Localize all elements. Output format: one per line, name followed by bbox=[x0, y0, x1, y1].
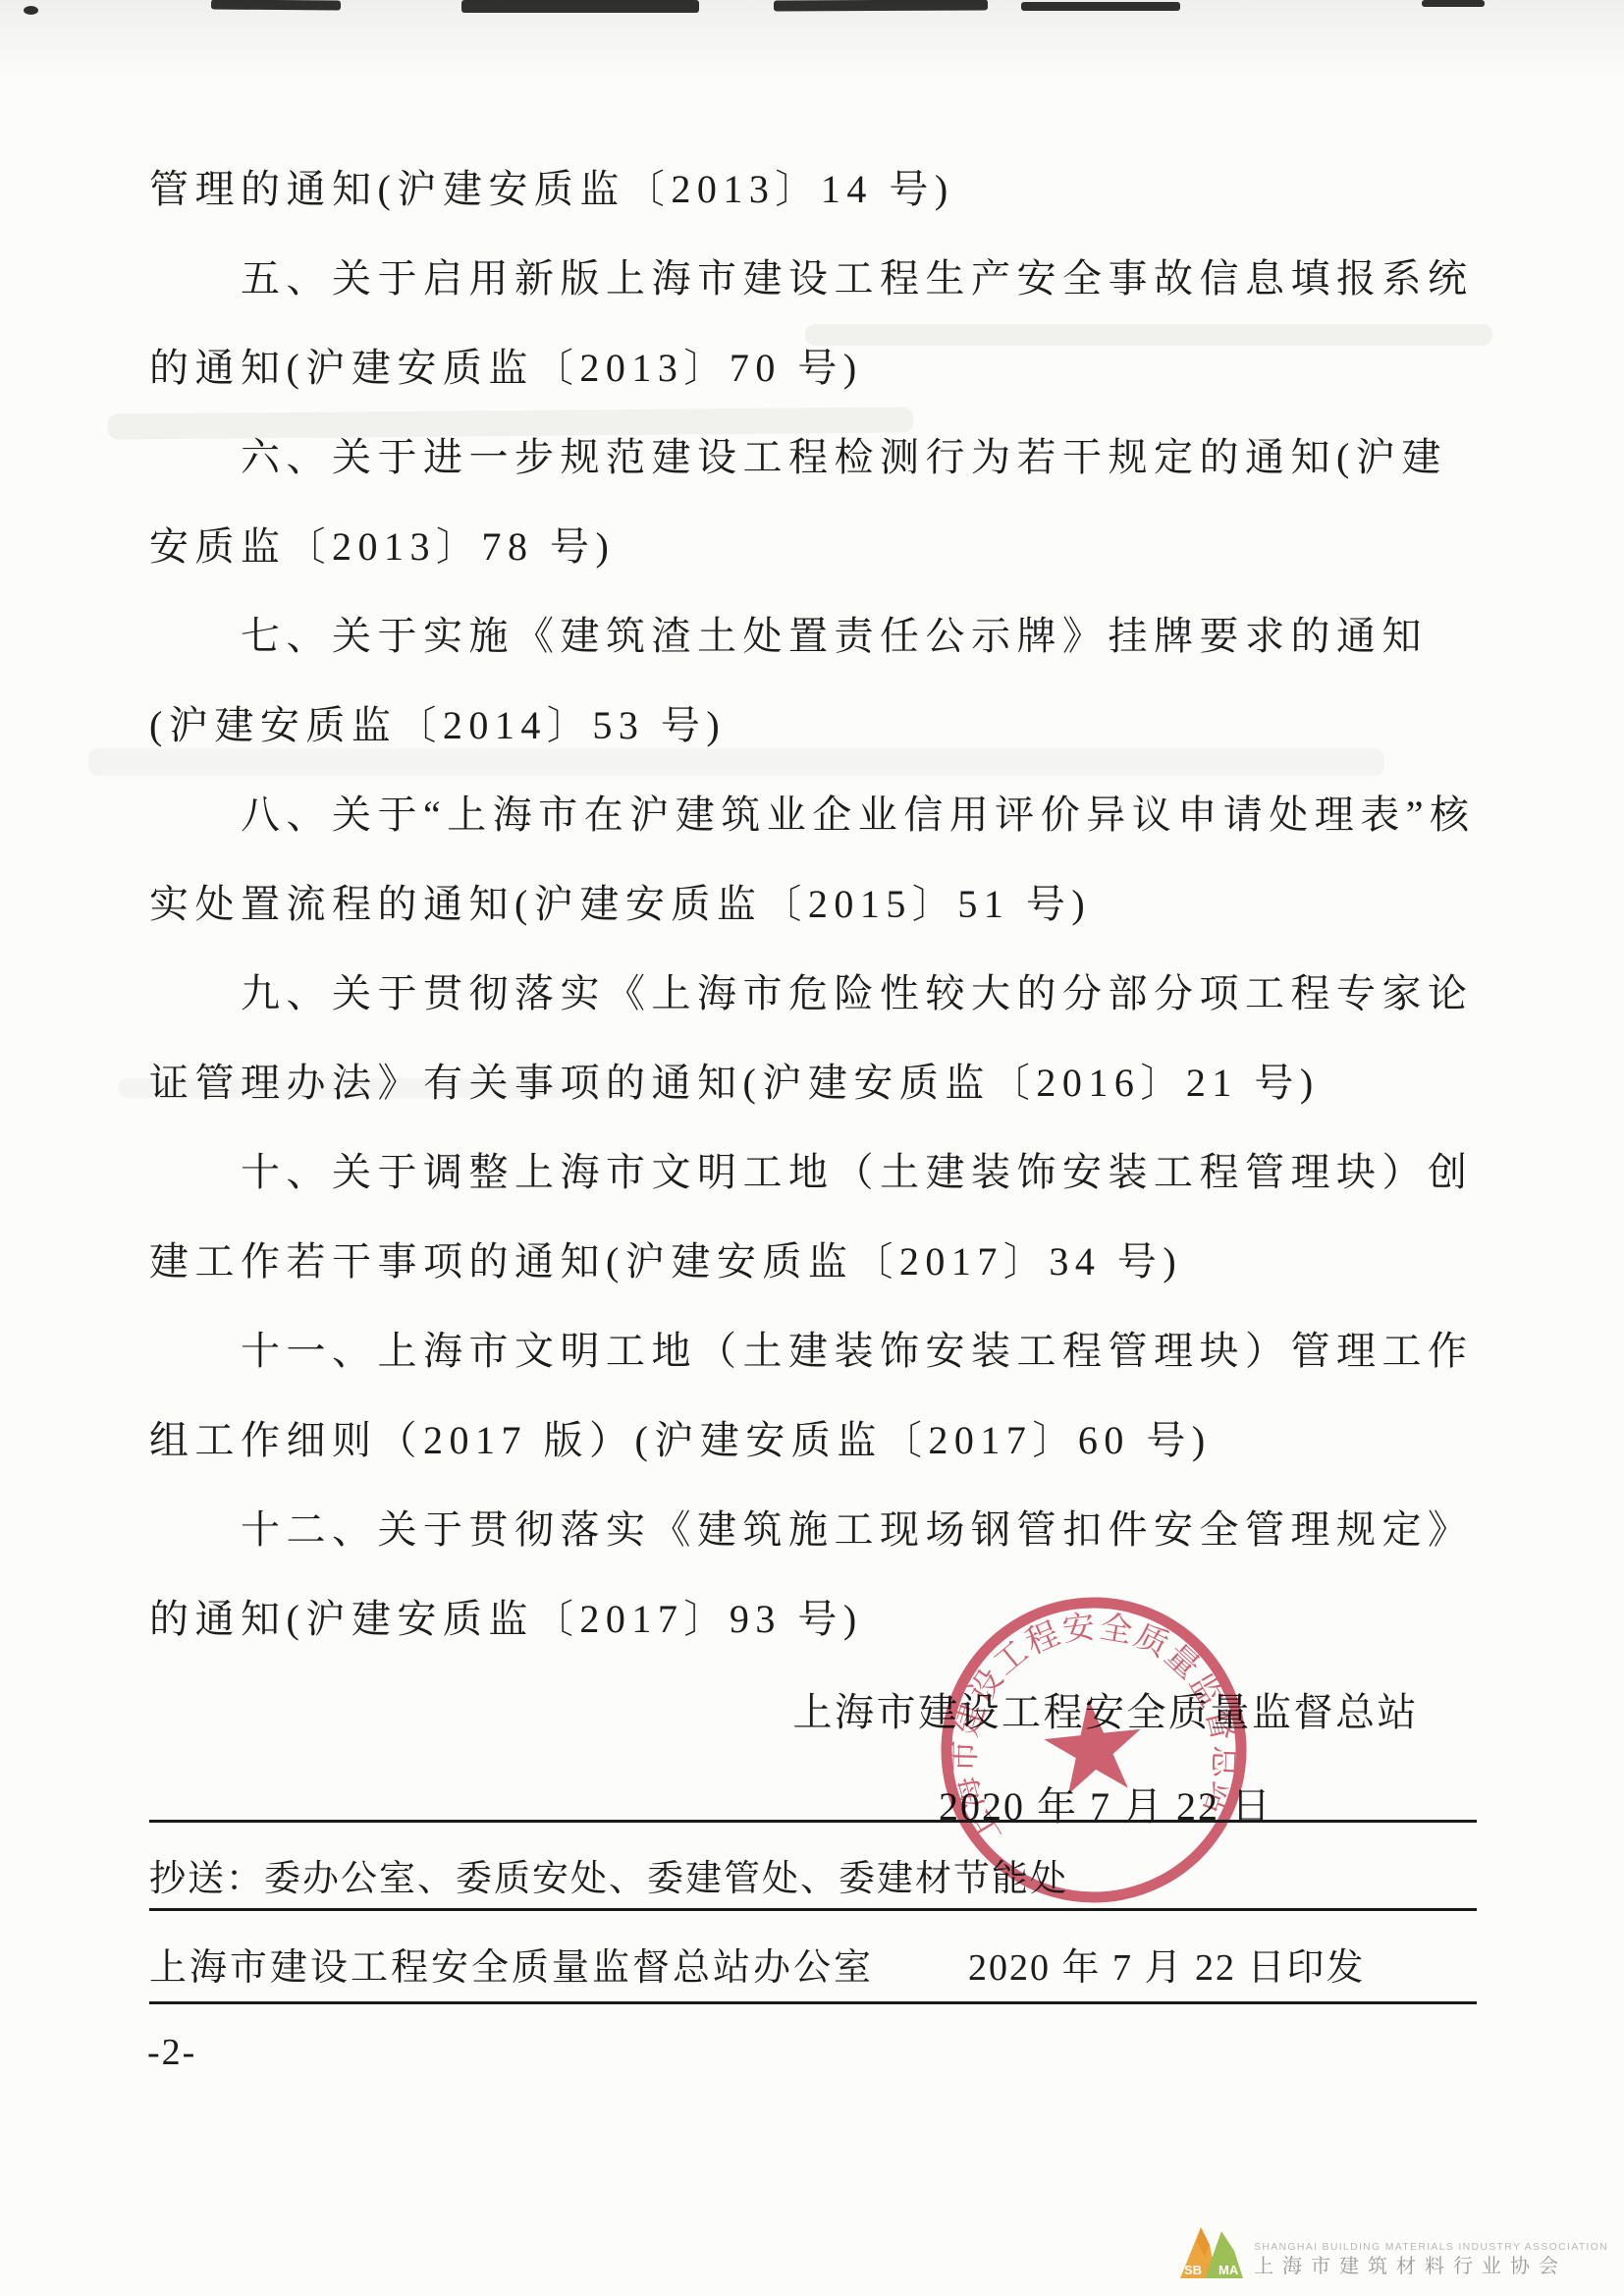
colophon-rule-top bbox=[149, 1820, 1477, 1823]
paragraph-item-10: 十、关于调整上海市文明工地（土建装饰安装工程管理块）创建工作若干事项的通知(沪建… bbox=[149, 1127, 1481, 1306]
scan-mark bbox=[211, 0, 341, 10]
document-body: 管理的通知(沪建安质监〔2013〕14 号) 五、关于启用新版上海市建设工程生产… bbox=[149, 144, 1481, 1664]
seal-star-icon bbox=[1040, 1694, 1146, 1796]
association-name-zh: 上海市建筑材料行业协会 bbox=[1254, 2256, 1567, 2278]
paragraph-item-5: 五、关于启用新版上海市建设工程生产安全事故信息填报系统的通知(沪建安质监〔201… bbox=[149, 234, 1481, 412]
issuing-office: 上海市建设工程安全质量监督总站办公室 bbox=[149, 1937, 874, 1991]
paragraph-item-9: 九、关于贯彻落实《上海市危险性较大的分部分项工程专家论证管理办法》有关事项的通知… bbox=[149, 949, 1481, 1127]
scan-top-shade bbox=[0, 0, 1624, 79]
scan-mark bbox=[1021, 2, 1180, 11]
logo-letters-left: SB bbox=[1184, 2263, 1202, 2277]
association-text: SHANGHAI BUILDING MATERIALS INDUSTRY ASS… bbox=[1254, 2241, 1608, 2278]
colophon-rule-middle bbox=[149, 1908, 1477, 1911]
association-watermark: SB MA SHANGHAI BUILDING MATERIALS INDUST… bbox=[1177, 2223, 1608, 2278]
paragraph-item-6: 六、关于进一步规范建设工程检测行为若干规定的通知(沪建安质监〔2013〕78 号… bbox=[149, 412, 1481, 591]
scan-mark bbox=[24, 6, 38, 15]
association-name-en: SHANGHAI BUILDING MATERIALS INDUSTRY ASS… bbox=[1254, 2241, 1608, 2253]
scan-mark bbox=[1422, 0, 1485, 7]
scanned-document-page: 管理的通知(沪建安质监〔2013〕14 号) 五、关于启用新版上海市建设工程生产… bbox=[0, 0, 1624, 2296]
print-date: 2020 年 7 月 22 日印发 bbox=[968, 1937, 1366, 1991]
paragraph-item-8: 八、关于“上海市在沪建筑业企业信用评价异议申请处理表”核实处置流程的通知(沪建安… bbox=[149, 770, 1481, 949]
page-number: -2- bbox=[147, 2031, 196, 2074]
paragraph-continuation: 管理的通知(沪建安质监〔2013〕14 号) bbox=[149, 144, 1481, 234]
paragraph-item-11: 十一、上海市文明工地（土建装饰安装工程管理块）管理工作组工作细则（2017 版）… bbox=[149, 1306, 1481, 1485]
colophon-rule-bottom bbox=[149, 2001, 1477, 2004]
paragraph-item-12: 十二、关于贯彻落实《建筑施工现场钢管扣件安全管理规定》的通知(沪建安质监〔201… bbox=[149, 1485, 1481, 1664]
sbma-logo-icon: SB MA bbox=[1177, 2223, 1246, 2278]
cc-line: 抄送：委办公室、委质安处、委建管处、委建材节能处 bbox=[149, 1848, 1068, 1901]
logo-letters-right: MA bbox=[1218, 2263, 1239, 2277]
paragraph-item-7: 七、关于实施《建筑渣土处置责任公示牌》挂牌要求的通知(沪建安质监〔2014〕53… bbox=[149, 591, 1481, 770]
scan-mark bbox=[461, 0, 699, 13]
scan-mark bbox=[774, 0, 988, 12]
